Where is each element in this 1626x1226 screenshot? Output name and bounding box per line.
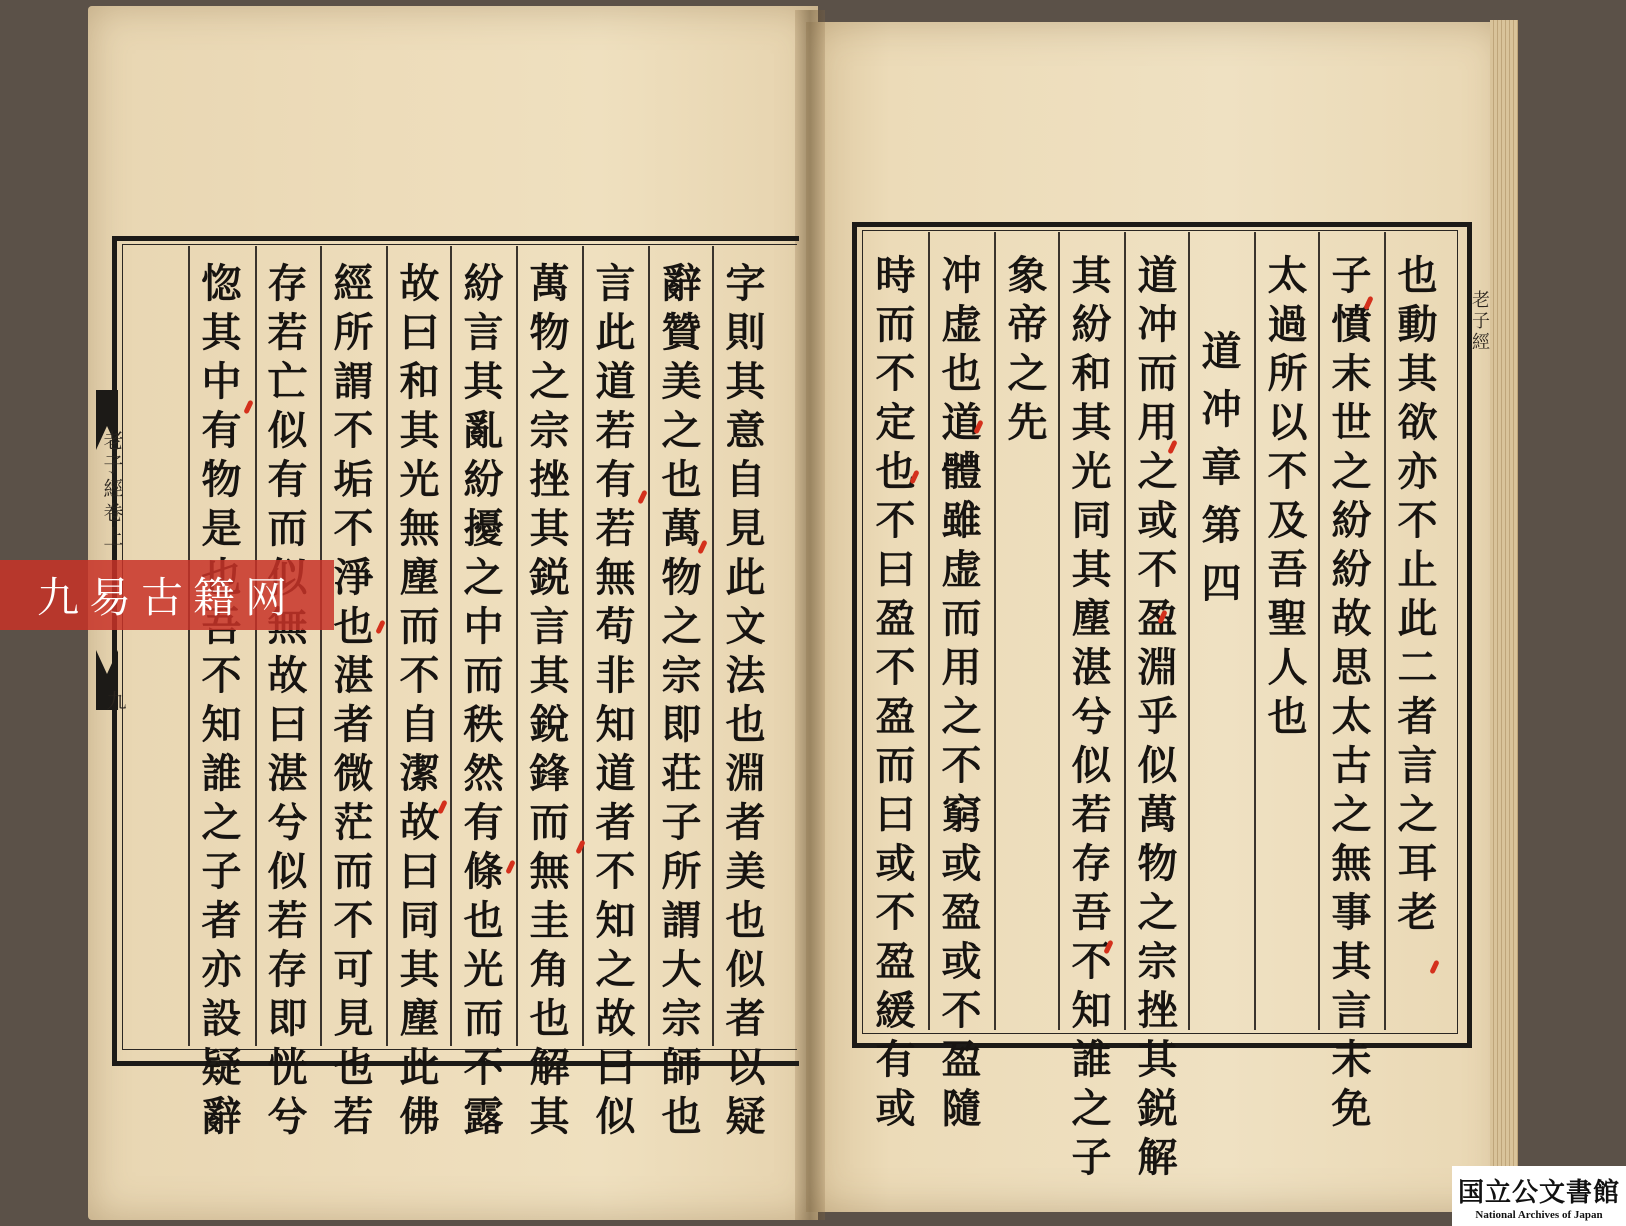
text-column: 言此道若有若無苟非知道者不知之故曰似 bbox=[592, 262, 632, 1144]
column-rule bbox=[450, 246, 452, 1046]
text-column: 也動其欲亦不止此二者言之耳老 bbox=[1394, 254, 1434, 940]
column-rule bbox=[1058, 232, 1060, 1030]
text-column: 辭贊美之也萬物之宗即荘子所謂大宗師也 bbox=[658, 262, 698, 1144]
column-rule bbox=[582, 246, 584, 1046]
text-column: 道冲而用之或不盈淵乎似萬物之宗挫其鋭解 bbox=[1134, 254, 1174, 1185]
column-rule bbox=[928, 232, 930, 1030]
text-column: 故曰和其光無塵而不自潔故曰同其塵此佛 bbox=[396, 262, 436, 1144]
column-rule bbox=[1318, 232, 1320, 1030]
left-page-fold-margin bbox=[96, 240, 118, 1052]
archive-name-jp: 国立公文書館 bbox=[1458, 1172, 1620, 1209]
column-rule bbox=[320, 246, 322, 1046]
text-column: 惚其中有物是也吾不知誰之子者亦設疑辭 bbox=[198, 262, 238, 1144]
book-gutter bbox=[795, 10, 825, 1220]
text-column: 存若亡似有而似無故曰湛兮似若存即恍兮 bbox=[264, 262, 304, 1144]
left-margin-title: 老子經卷上 bbox=[98, 430, 127, 550]
column-rule bbox=[994, 232, 996, 1030]
text-column: 子憤末世之紛紛故思太古之無事其言未免 bbox=[1328, 254, 1368, 1136]
right-margin-title: 老子經 bbox=[1466, 290, 1492, 353]
column-rule bbox=[712, 246, 714, 1046]
watermark-text: 九易古籍网 bbox=[37, 565, 297, 625]
column-rule bbox=[255, 246, 257, 1046]
text-column: 其紛和其光同其塵湛兮似若存吾不知誰之子 bbox=[1068, 254, 1108, 1185]
watermark-banner: 九易古籍网 bbox=[0, 560, 334, 630]
archive-logo: 国立公文書館 National Archives of Japan bbox=[1452, 1166, 1626, 1226]
column-rule bbox=[516, 246, 518, 1046]
column-rule bbox=[386, 246, 388, 1046]
text-column: 冲虚也道體雖虚而用之不窮或盈或不盈隨 bbox=[938, 254, 978, 1136]
text-column: 萬物之宗挫其鋭言其銳鋒而無圭角也解其 bbox=[526, 262, 566, 1144]
text-column: 太過所以不及吾聖人也 bbox=[1264, 254, 1304, 744]
column-rule bbox=[1188, 232, 1190, 1030]
page-edge-stack bbox=[1490, 20, 1518, 1190]
text-column: 時而不定也不曰盈不盈而曰或不盈緩有或 bbox=[872, 254, 912, 1136]
column-rule bbox=[1124, 232, 1126, 1030]
column-rule bbox=[188, 246, 190, 1046]
text-column: 紛言其亂紛擾之中而秩然有條也光而不露 bbox=[460, 262, 500, 1144]
left-margin-page-number: 九 bbox=[101, 690, 130, 710]
chapter-heading: 道冲章第四 bbox=[1198, 330, 1238, 620]
column-rule bbox=[1384, 232, 1386, 1030]
text-column: 經所謂不垢不淨也湛者微茫而不可見也若 bbox=[330, 262, 370, 1144]
text-column: 字則其意自見此文法也淵者美也似者以疑 bbox=[722, 262, 762, 1144]
archive-name-en: National Archives of Japan bbox=[1475, 1209, 1602, 1221]
column-rule bbox=[648, 246, 650, 1046]
text-column: 象帝之先 bbox=[1004, 254, 1044, 450]
column-rule bbox=[1254, 232, 1256, 1030]
